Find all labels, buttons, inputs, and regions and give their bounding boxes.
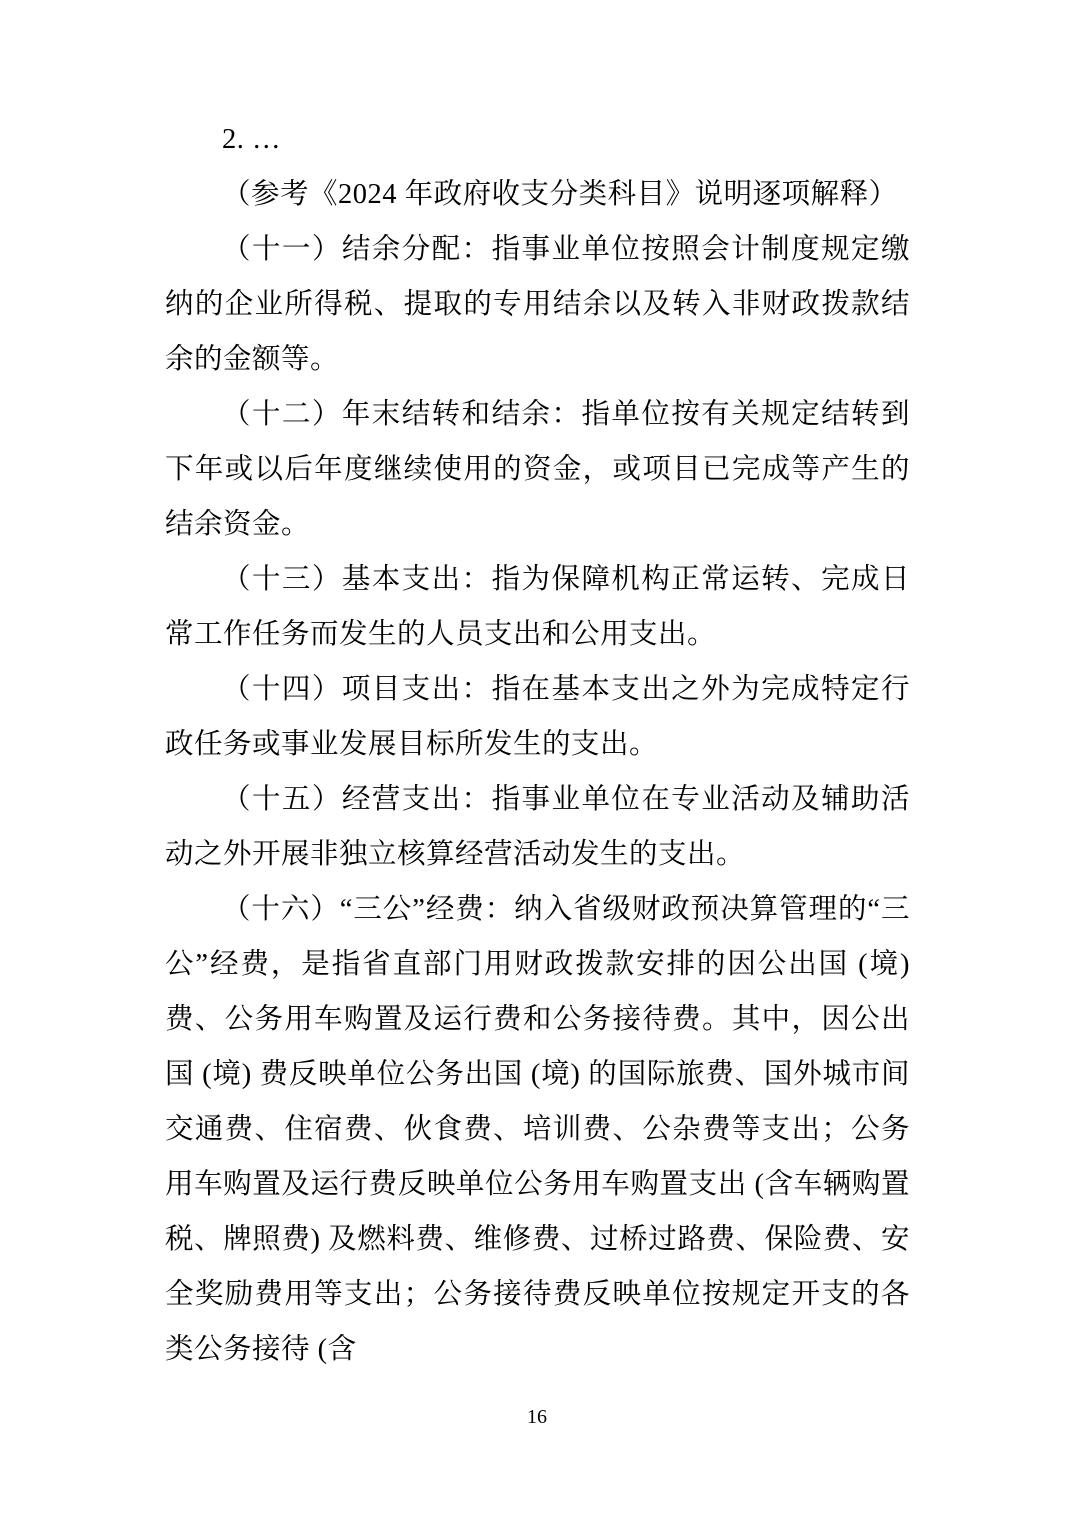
paragraph-list-item: 2. … <box>165 112 910 167</box>
document-page: 2. … （参考《2024 年政府收支分类科目》说明逐项解释） （十一）结余分配… <box>0 0 1074 1520</box>
paragraph-reference-note: （参考《2024 年政府收支分类科目》说明逐项解释） <box>165 167 910 222</box>
paragraph-item-14: （十四）项目支出：指在基本支出之外为完成特定行政任务或事业发展目标所发生的支出。 <box>165 662 910 772</box>
page-footer: 16 <box>0 1403 1074 1431</box>
document-body: 2. … （参考《2024 年政府收支分类科目》说明逐项解释） （十一）结余分配… <box>165 112 910 1377</box>
paragraph-item-12: （十二）年末结转和结余：指单位按有关规定结转到下年或以后年度继续使用的资金，或项… <box>165 387 910 552</box>
paragraph-item-11: （十一）结余分配：指事业单位按照会计制度规定缴纳的企业所得税、提取的专用结余以及… <box>165 222 910 387</box>
paragraph-item-16: （十六）“三公”经费：纳入省级财政预决算管理的“三公”经费，是指省直部门用财政拨… <box>165 882 910 1377</box>
paragraph-item-13: （十三）基本支出：指为保障机构正常运转、完成日常工作任务而发生的人员支出和公用支… <box>165 552 910 662</box>
paragraph-item-15: （十五）经营支出：指事业单位在专业活动及辅助活动之外开展非独立核算经营活动发生的… <box>165 772 910 882</box>
page-number: 16 <box>527 1406 547 1428</box>
